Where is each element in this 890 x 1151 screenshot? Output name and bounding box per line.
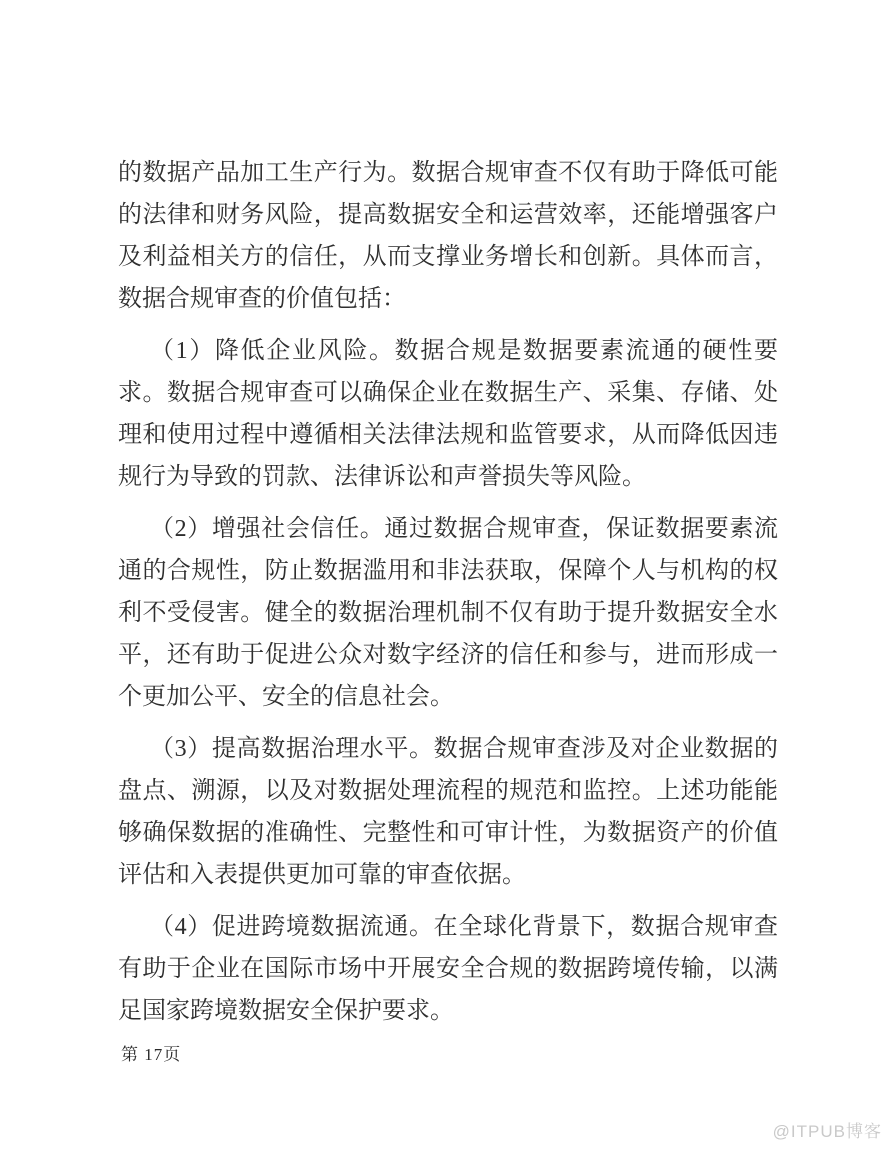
page-number: 第 17页 bbox=[121, 1044, 181, 1066]
watermark-text: @ITPUB博客 bbox=[773, 1121, 882, 1143]
paragraph-item-3: （3）提高数据治理水平。数据合规审查涉及对企业数据的盘点、溯源，以及对数据处理流… bbox=[118, 728, 778, 896]
paragraph-item-2: （2）增强社会信任。通过数据合规审查，保证数据要素流通的合规性，防止数据滥用和非… bbox=[118, 508, 778, 718]
paragraph-item-1: （1）降低企业风险。数据合规是数据要素流通的硬性要求。数据合规审查可以确保企业在… bbox=[118, 330, 778, 498]
paragraph-continuation: 的数据产品加工生产行为。数据合规审查不仅有助于降低可能的法律和财务风险，提高数据… bbox=[118, 152, 778, 320]
page-body: 的数据产品加工生产行为。数据合规审查不仅有助于降低可能的法律和财务风险，提高数据… bbox=[118, 152, 778, 1042]
paragraph-item-4: （4）促进跨境数据流通。在全球化背景下，数据合规审查有助于企业在国际市场中开展安… bbox=[118, 906, 778, 1032]
document-page: 的数据产品加工生产行为。数据合规审查不仅有助于降低可能的法律和财务风险，提高数据… bbox=[0, 0, 890, 1151]
